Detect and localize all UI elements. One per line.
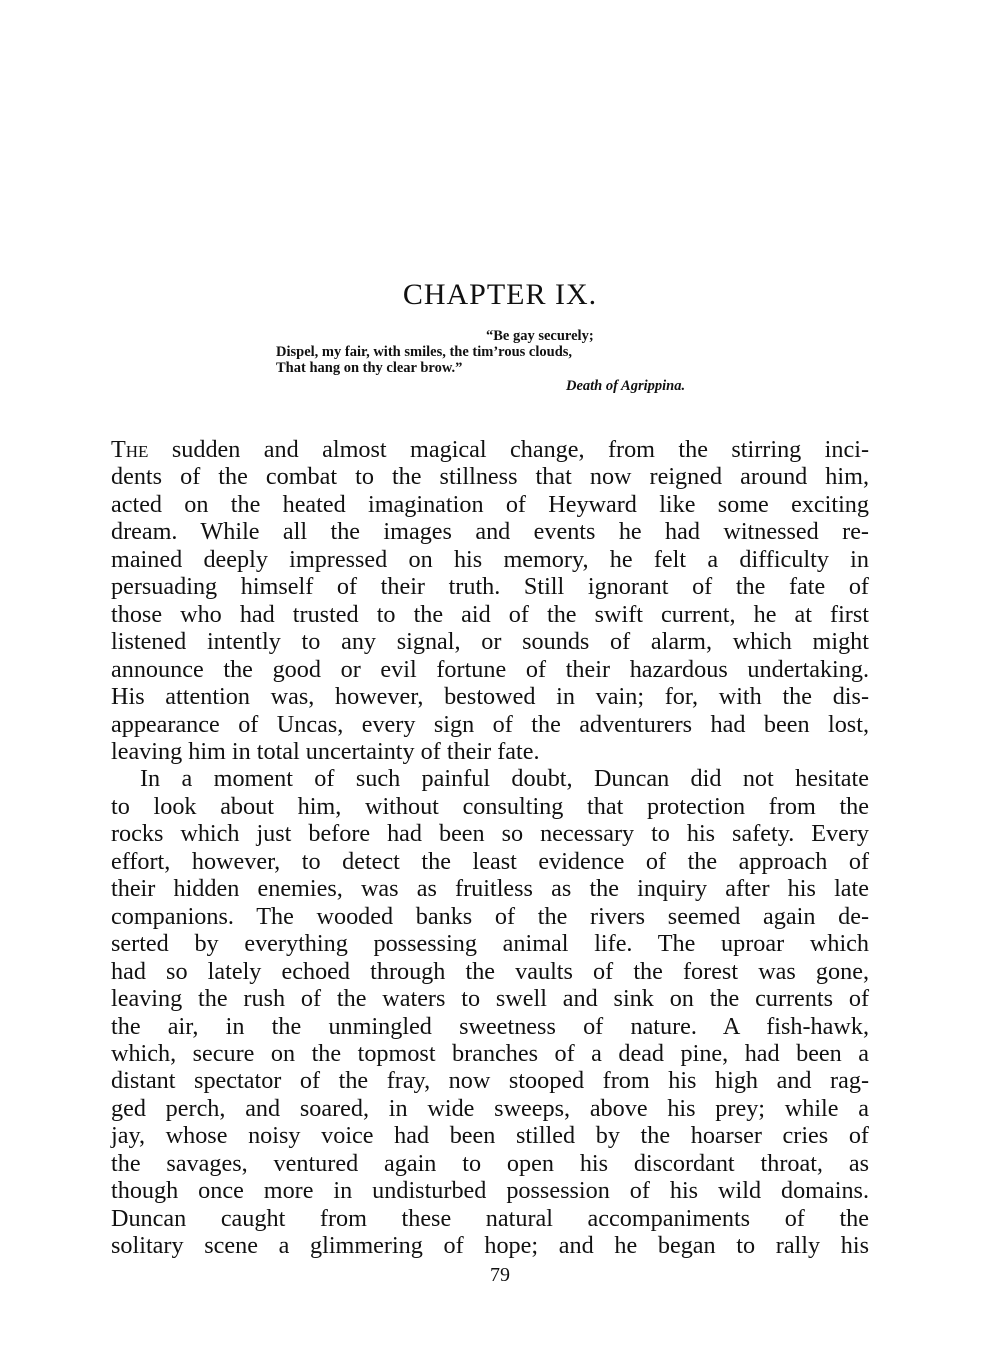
text-line: though once more in undisturbed possessi… (111, 1177, 869, 1204)
text-line: The sudden and almost magical change, fr… (111, 436, 869, 463)
epigraph-attribution: Death of Agrippina. (276, 378, 796, 394)
text-line: those who had trusted to the aid of the … (111, 601, 869, 628)
text-line: mained deeply impressed on his memory, h… (111, 546, 869, 573)
text-line: companions. The wooded banks of the rive… (111, 903, 869, 930)
text-line: His attention was, however, bestowed in … (111, 683, 869, 710)
text-line: leaving him in total uncertainty of thei… (111, 738, 869, 765)
text-line: to look about him, without consulting th… (111, 793, 869, 820)
epigraph-line: Dispel, my fair, with smiles, the tim’ro… (276, 344, 796, 360)
paragraph-2: In a moment of such painful doubt, Dunca… (111, 765, 869, 1259)
text-line: the air, in the unmingled sweetness of n… (111, 1013, 869, 1040)
body-text: The sudden and almost magical change, fr… (111, 436, 869, 1260)
text-line: leaving the rush of the waters to swell … (111, 985, 869, 1012)
page-number: 79 (0, 1264, 1000, 1287)
text-line: effort, however, to detect the least evi… (111, 848, 869, 875)
text-line: dents of the combat to the stillness tha… (111, 463, 869, 490)
chapter-title: CHAPTER IX. (0, 278, 1000, 312)
text-line: ged perch, and soared, in wide sweeps, a… (111, 1095, 869, 1122)
text-line: rocks which just before had been so nece… (111, 820, 869, 847)
paragraph-1: The sudden and almost magical change, fr… (111, 436, 869, 765)
text-line: which, secure on the topmost branches of… (111, 1040, 869, 1067)
text-line: dream. While all the images and events h… (111, 518, 869, 545)
text-line: had so lately echoed through the vaults … (111, 958, 869, 985)
text-line: jay, whose noisy voice had been stilled … (111, 1122, 869, 1149)
epigraph: “Be gay securely; Dispel, my fair, with … (276, 328, 796, 394)
text-line: solitary scene a glimmering of hope; and… (111, 1232, 869, 1259)
text-line: appearance of Uncas, every sign of the a… (111, 711, 869, 738)
text-line: announce the good or evil fortune of the… (111, 656, 869, 683)
text-line: serted by everything possessing animal l… (111, 930, 869, 957)
epigraph-line: “Be gay securely; (276, 328, 796, 344)
text-line: Duncan caught from these natural accompa… (111, 1205, 869, 1232)
text-line: listened intently to any signal, or soun… (111, 628, 869, 655)
text-line: acted on the heated imagination of Heywa… (111, 491, 869, 518)
text-line: In a moment of such painful doubt, Dunca… (111, 765, 869, 792)
epigraph-line: That hang on thy clear brow.” (276, 360, 796, 376)
text-line: persuading himself of their truth. Still… (111, 573, 869, 600)
text-line: distant spectator of the fray, now stoop… (111, 1067, 869, 1094)
text-line: the savages, ventured again to open his … (111, 1150, 869, 1177)
text-line: their hidden enemies, was as fruitless a… (111, 875, 869, 902)
opening-word: The (111, 436, 148, 463)
